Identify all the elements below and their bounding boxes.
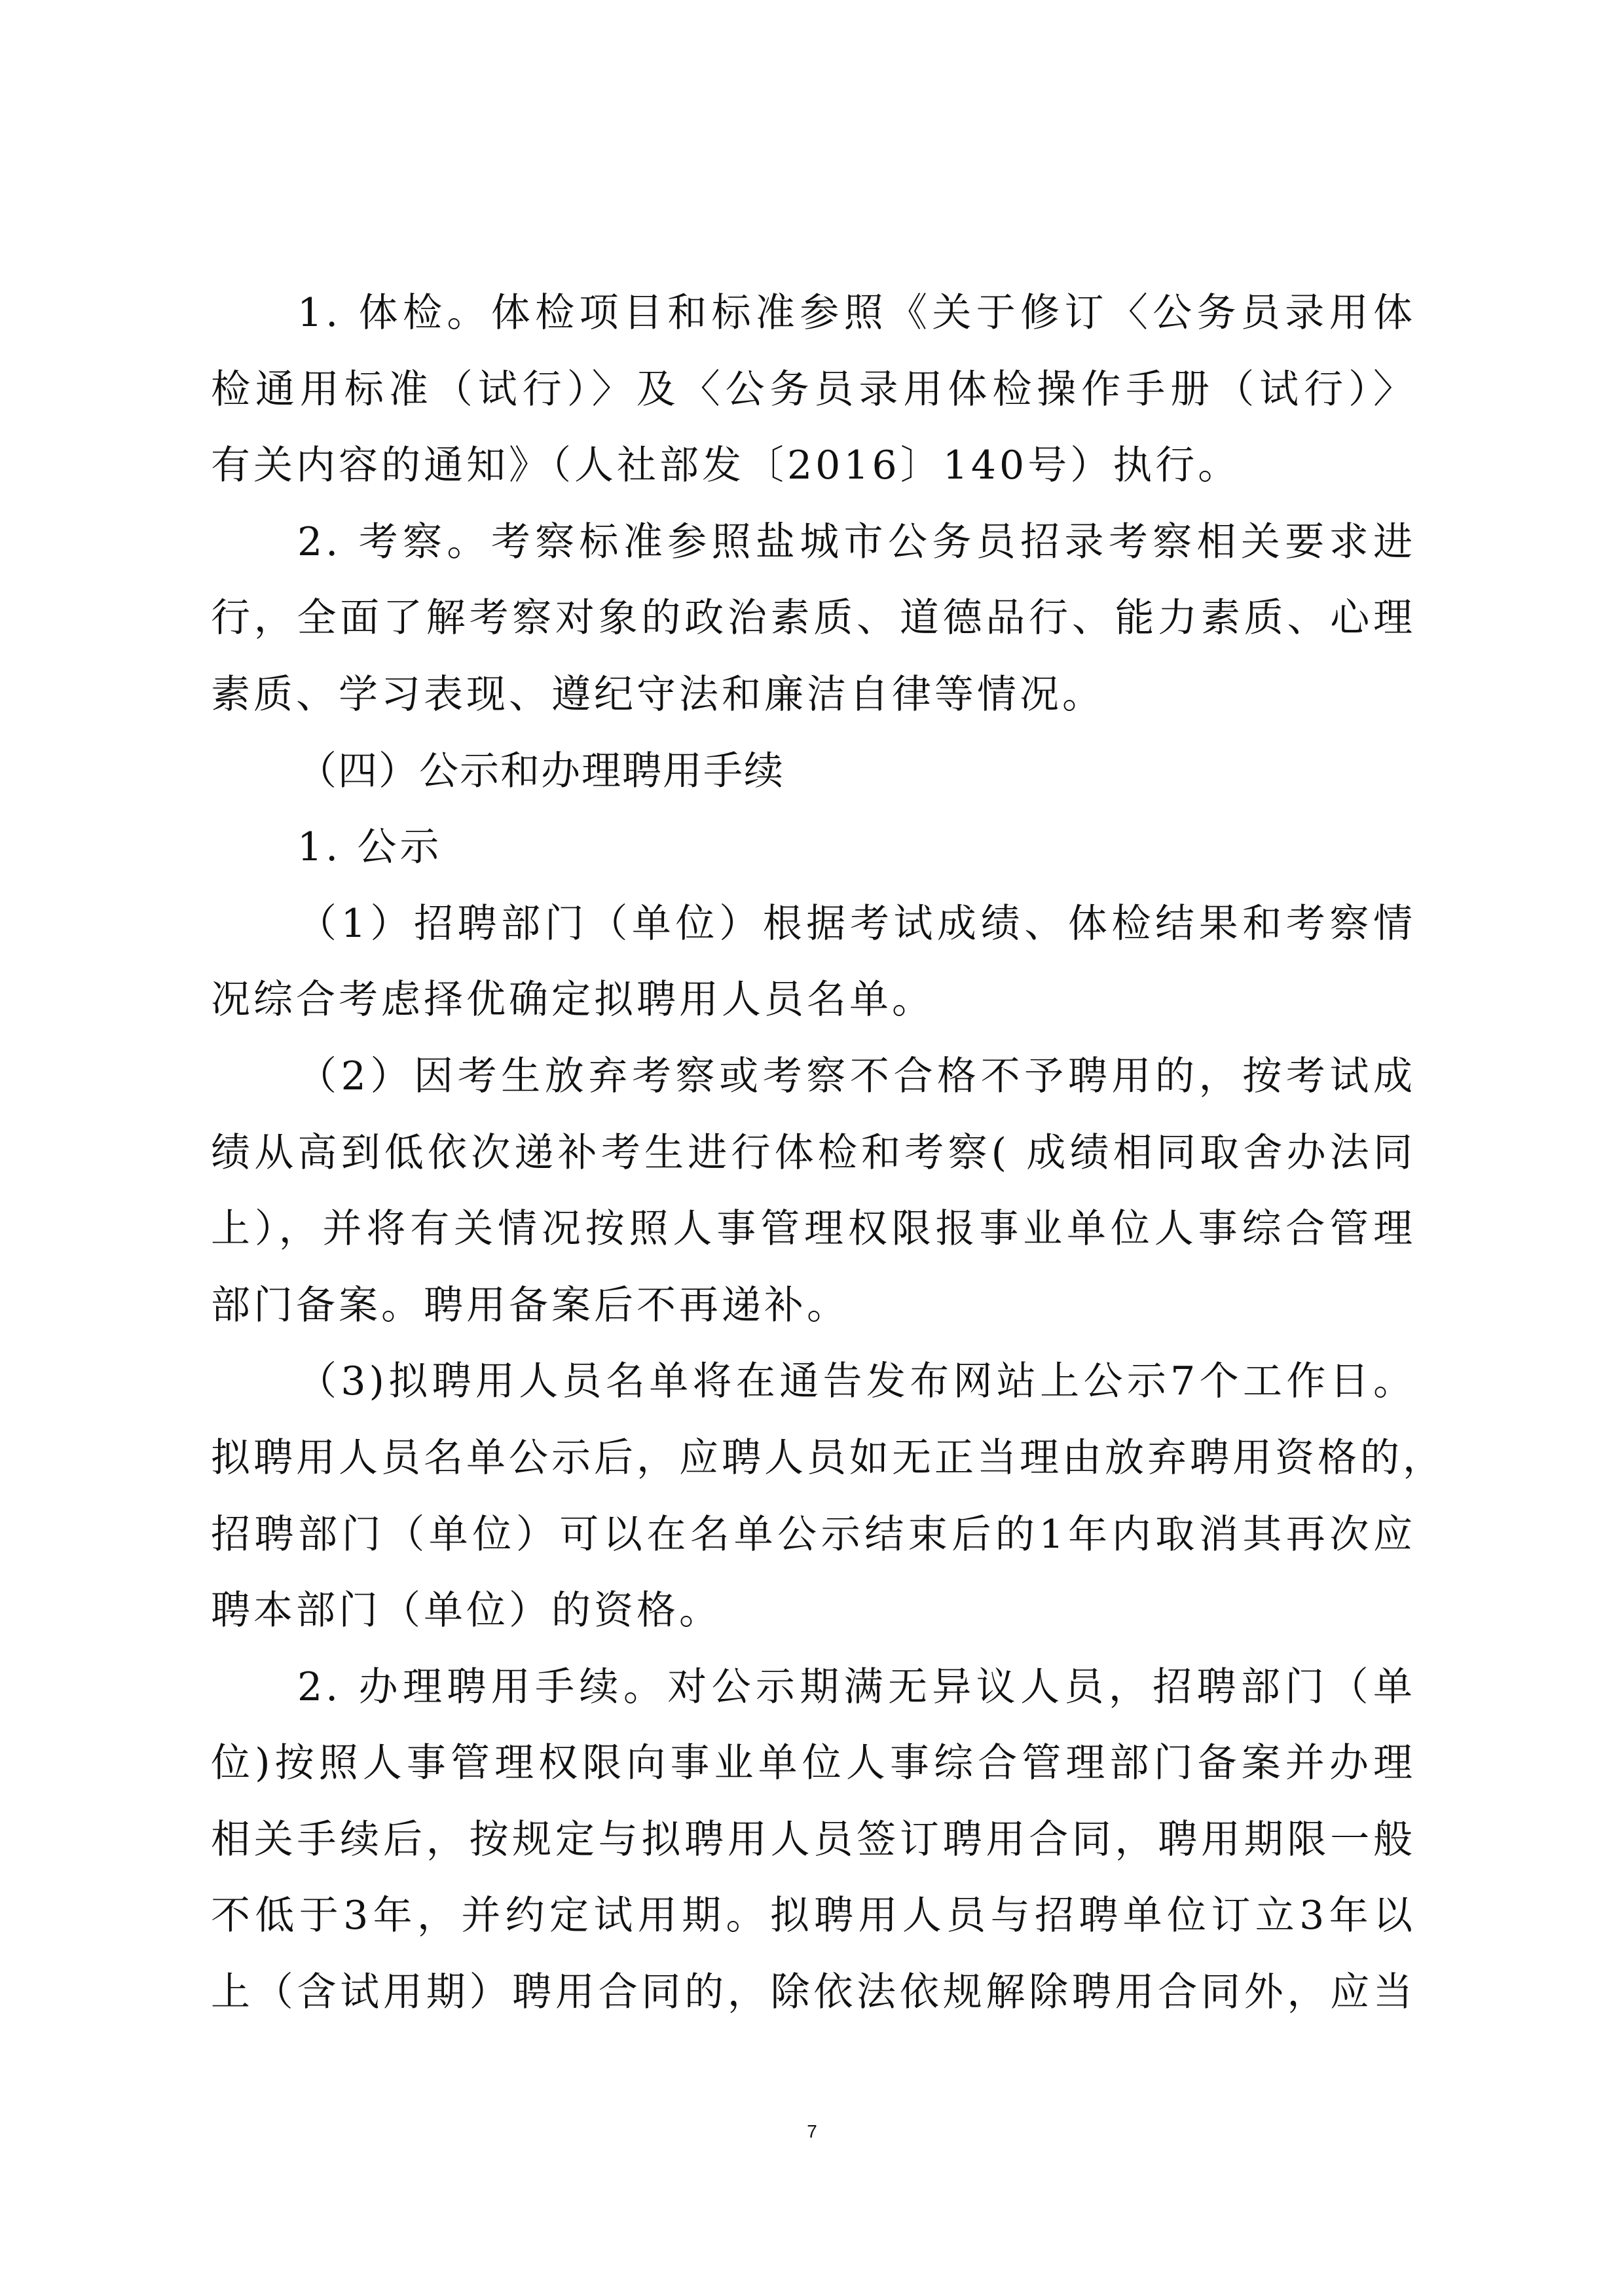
text-line: 招聘部门（单位）可以在名单公示结束后的1年内取消其再次应	[211, 1497, 1416, 1573]
section-heading: （四）公示和办理聘用手续	[211, 733, 1416, 810]
text-line: 绩从高到低依次递补考生进行体检和考察( 成绩相同取舍办法同	[211, 1115, 1416, 1192]
text-line: 相关手续后，按规定与拟聘用人员签订聘用合同，聘用期限一般	[211, 1802, 1416, 1878]
text-line: 聘本部门（单位）的资格。	[211, 1573, 1416, 1649]
text-line: 行，全面了解考察对象的政治素质、道德品行、能力素质、心理	[211, 580, 1416, 657]
paragraph-publicity-item-1: （1）招聘部门（单位）根据考试成绩、体检结果和考察情 况综合考虑择优确定拟聘用人…	[211, 886, 1416, 1038]
section-heading-publicity-and-hiring: （四）公示和办理聘用手续	[211, 733, 1416, 810]
text-line: 2. 考察。考察标准参照盐城市公务员招录考察相关要求进	[211, 504, 1416, 581]
sub-heading: 1. 公示	[211, 809, 1416, 886]
text-line: 况综合考虑择优确定拟聘用人员名单。	[211, 962, 1416, 1038]
text-line: 1. 体检。体检项目和标准参照《关于修订〈公务员录用体	[211, 275, 1416, 352]
paragraph-hiring-procedures: 2. 办理聘用手续。对公示期满无异议人员，招聘部门（单 位)按照人事管理权限向事…	[211, 1649, 1416, 2031]
text-line: 拟聘用人员名单公示后，应聘人员如无正当理由放弃聘用资格的，	[211, 1420, 1416, 1497]
paragraph-publicity-item-2: （2）因考生放弃考察或考察不合格不予聘用的，按考试成 绩从高到低依次递补考生进行…	[211, 1038, 1416, 1343]
text-line: （3)拟聘用人员名单将在通告发布网站上公示7个工作日。	[211, 1343, 1416, 1420]
text-line: 上（含试用期）聘用合同的，除依法依规解除聘用合同外，应当	[211, 1954, 1416, 2031]
text-line: 上），并将有关情况按照人事管理权限报事业单位人事综合管理	[211, 1191, 1416, 1267]
text-line: 部门备案。聘用备案后不再递补。	[211, 1267, 1416, 1344]
text-line: 检通用标准（试行）〉及〈公务员录用体检操作手册（试行）〉	[211, 352, 1416, 428]
text-line: 2. 办理聘用手续。对公示期满无异议人员，招聘部门（单	[211, 1649, 1416, 1726]
paragraph-publicity-item-3: （3)拟聘用人员名单将在通告发布网站上公示7个工作日。 拟聘用人员名单公示后，应…	[211, 1343, 1416, 1649]
text-line: 不低于3年，并约定试用期。拟聘用人员与招聘单位订立3年以	[211, 1878, 1416, 1954]
paragraph-physical-exam: 1. 体检。体检项目和标准参照《关于修订〈公务员录用体 检通用标准（试行）〉及〈…	[211, 275, 1416, 504]
text-line: （2）因考生放弃考察或考察不合格不予聘用的，按考试成	[211, 1038, 1416, 1115]
text-line: 有关内容的通知》（人社部发〔2016〕140号）执行。	[211, 428, 1416, 504]
body-text: 1. 体检。体检项目和标准参照《关于修订〈公务员录用体 检通用标准（试行）〉及〈…	[211, 275, 1416, 2031]
text-line: 素质、学习表现、遵纪守法和廉洁自律等情况。	[211, 657, 1416, 733]
text-line: （1）招聘部门（单位）根据考试成绩、体检结果和考察情	[211, 886, 1416, 962]
paragraph-inspection: 2. 考察。考察标准参照盐城市公务员招录考察相关要求进 行，全面了解考察对象的政…	[211, 504, 1416, 733]
page-number: 7	[0, 2121, 1624, 2142]
subheading-publicity: 1. 公示	[211, 809, 1416, 886]
text-line: 位)按照人事管理权限向事业单位人事综合管理部门备案并办理	[211, 1725, 1416, 1802]
document-page: 1. 体检。体检项目和标准参照《关于修订〈公务员录用体 检通用标准（试行）〉及〈…	[0, 0, 1624, 2296]
